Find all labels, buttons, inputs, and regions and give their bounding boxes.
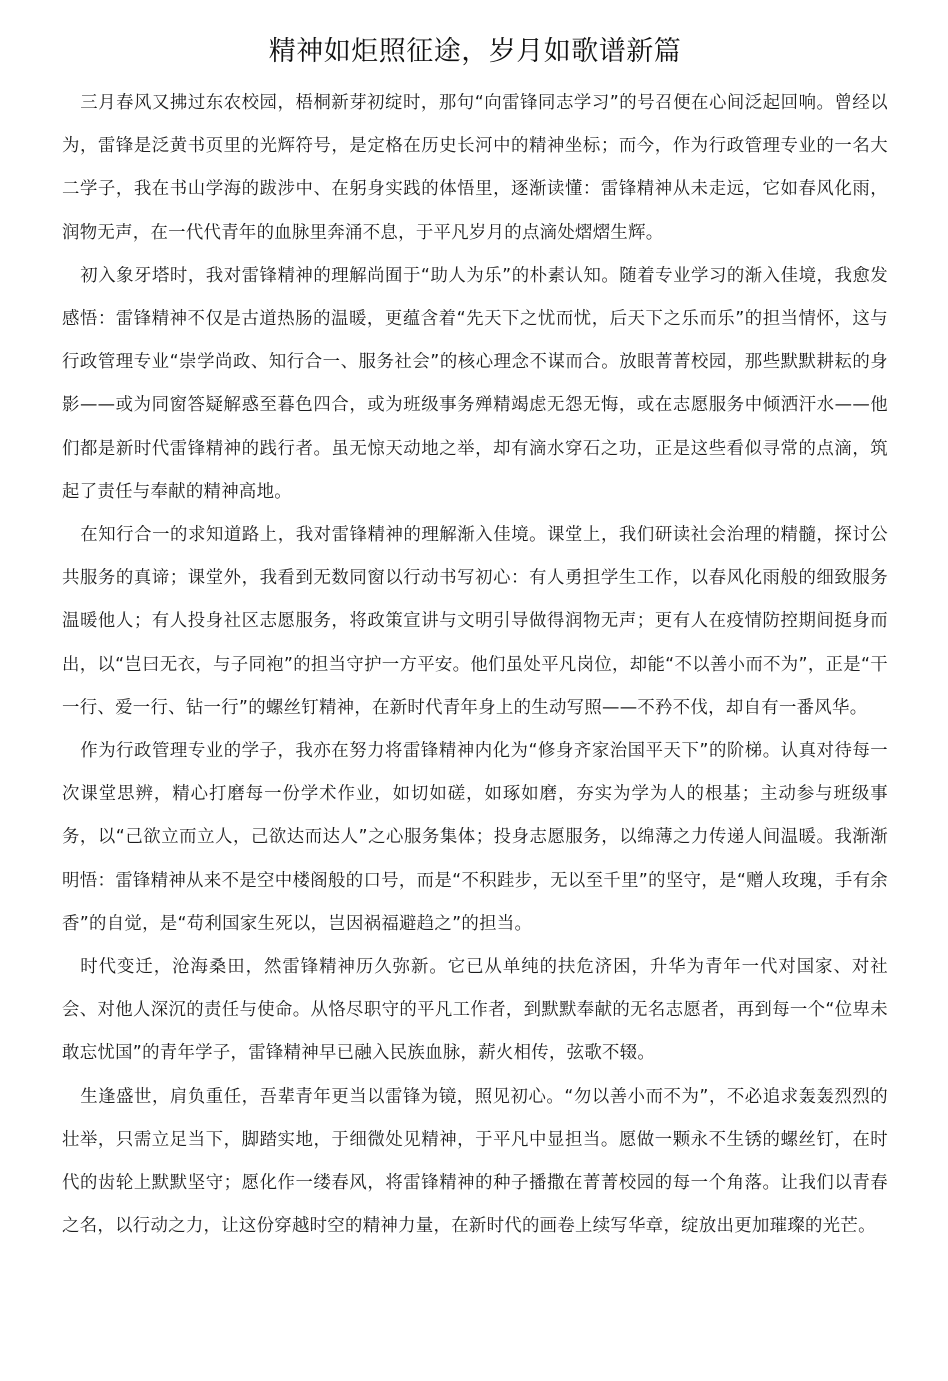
paragraph-2: 初入象牙塔时，我对雷锋精神的理解尚囿于“助人为乐”的朴素认知。随着专业学习的渐入… <box>62 255 888 514</box>
paragraph-3: 在知行合一的求知道路上，我对雷锋精神的理解渐入佳境。课堂上，我们研读社会治理的精… <box>62 514 888 730</box>
paragraph-6: 生逢盛世，肩负重任，吾辈青年更当以雷锋为镜，照见初心。“勿以善小而不为”，不必追… <box>62 1076 888 1249</box>
paragraph-5: 时代变迁，沧海桑田，然雷锋精神历久弥新。它已从单纯的扶危济困，升华为青年一代对国… <box>62 946 888 1076</box>
paragraph-1: 三月春风又拂过东农校园，梧桐新芽初绽时，那句“向雷锋同志学习”的号召便在心间泛起… <box>62 82 888 255</box>
document-body: 三月春风又拂过东农校园，梧桐新芽初绽时，那句“向雷锋同志学习”的号召便在心间泛起… <box>62 82 888 1248</box>
paragraph-4: 作为行政管理专业的学子，我亦在努力将雷锋精神内化为“修身齐家治国平天下”的阶梯。… <box>62 730 888 946</box>
document-title: 精神如炬照征途，岁月如歌谱新篇 <box>62 32 888 72</box>
